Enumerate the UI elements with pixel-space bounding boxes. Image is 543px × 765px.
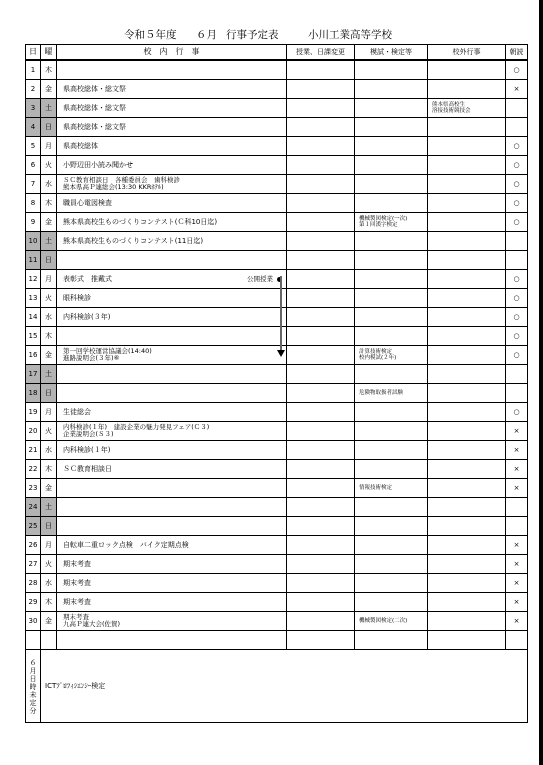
weekday: 月 xyxy=(41,137,57,156)
class-change xyxy=(287,118,355,137)
external-event xyxy=(428,441,506,460)
weekday: 木 xyxy=(41,460,57,479)
morning-reading-mark: × xyxy=(506,441,528,460)
table-row: 15木○ xyxy=(26,327,528,346)
day-number: 6 xyxy=(26,156,41,175)
morning-reading-mark xyxy=(506,251,528,270)
day-number: 3 xyxy=(26,99,41,118)
weekday: 金 xyxy=(41,346,57,365)
class-change xyxy=(287,232,355,251)
class-change xyxy=(287,460,355,479)
table-row: 30金期末考査 九高Ｐ連大会(佐賀)機械製図検定(二次)× xyxy=(26,612,528,631)
internal-event-text: 第一回学校運営協議会(14:40) 進路説明会(３年)⑥ xyxy=(63,348,286,362)
table-row: 18日危険物取扱者試験 xyxy=(26,384,528,403)
internal-event: ＳＣ教育相談日 各種委員会 歯科検診 熊本県高Ｐ連総会(13:30 KKRﾎﾃﾙ… xyxy=(57,175,287,194)
internal-event: 県高校総体 xyxy=(57,137,287,156)
class-change xyxy=(287,327,355,346)
table-row: 12月表彰式 推戴式公開授業○ xyxy=(26,270,528,289)
external-event xyxy=(428,270,506,289)
weekday: 金 xyxy=(41,612,57,631)
external-event xyxy=(428,574,506,593)
internal-event: 熊本県高校生ものづくりコンテスト(Ｃ科10日迄) xyxy=(57,213,287,232)
weekday: 火 xyxy=(41,555,57,574)
undecided-label-char: 時 xyxy=(26,683,40,691)
table-row: 27火期末考査× xyxy=(26,555,528,574)
exam-entry xyxy=(355,441,428,460)
morning-reading-mark xyxy=(506,232,528,251)
day-number: 2 xyxy=(26,80,41,99)
internal-event-text: 内科検診(１年) xyxy=(63,446,286,454)
external-event xyxy=(428,346,506,365)
internal-event-text: 生徒総会 xyxy=(63,408,286,416)
table-row: 20火内科検診(１年) 建設企業の魅力発見フェア(Ｃ３) 企業説明会(Ｓ３)× xyxy=(26,422,528,441)
internal-event: 熊本県高校生ものづくりコンテスト(11日迄) xyxy=(57,232,287,251)
morning-reading-mark: ○ xyxy=(506,403,528,422)
weekday: 水 xyxy=(41,308,57,327)
exam-entry xyxy=(355,175,428,194)
internal-event: 表彰式 推戴式公開授業 xyxy=(57,270,287,289)
day-number: 30 xyxy=(26,612,41,631)
table-row: 11日 xyxy=(26,251,528,270)
table-row: 22木ＳＣ教育相談日× xyxy=(26,460,528,479)
undecided-label-char: 日 xyxy=(26,675,40,683)
external-event xyxy=(428,137,506,156)
external-event xyxy=(428,289,506,308)
morning-reading-mark: ○ xyxy=(506,346,528,365)
table-row: 17土 xyxy=(26,365,528,384)
undecided-label: ６月日時未定分 xyxy=(26,650,41,723)
external-event xyxy=(428,403,506,422)
exam-entry xyxy=(355,80,428,99)
day-number: 13 xyxy=(26,289,41,308)
day-number: 10 xyxy=(26,232,41,251)
morning-reading-mark xyxy=(506,99,528,118)
weekday: 火 xyxy=(41,289,57,308)
table-row: 3土県高校総体・総文祭熊本県高校生 溶接技術競技会 xyxy=(26,99,528,118)
day-number: 15 xyxy=(26,327,41,346)
morning-reading-mark: × xyxy=(506,593,528,612)
external-event xyxy=(428,194,506,213)
table-row: 13火眼科検診○ xyxy=(26,289,528,308)
external-event xyxy=(428,555,506,574)
class-change xyxy=(287,213,355,232)
internal-event-text: 眼科検診 xyxy=(63,294,286,302)
exam-entry xyxy=(355,289,428,308)
undecided-label-char: 分 xyxy=(26,707,40,715)
weekday: 水 xyxy=(41,175,57,194)
undecided-items: ICTﾌﾟﾛﾌｨｼｴﾝｼｰ検定 xyxy=(41,650,528,723)
morning-reading-mark: × xyxy=(506,80,528,99)
day-number: 29 xyxy=(26,593,41,612)
internal-event-text: 期末考査 九高Ｐ連大会(佐賀) xyxy=(63,614,286,628)
external-event xyxy=(428,422,506,441)
day-number: 23 xyxy=(26,479,41,498)
table-row: 19月生徒総会○ xyxy=(26,403,528,422)
internal-event-text: 熊本県高校生ものづくりコンテスト(11日迄) xyxy=(63,237,286,245)
header-row: 日 曜 校 内 行 事 授業、日課変更 模試・検定等 校外行事 朝読 xyxy=(26,45,528,61)
exam-entry: 計算技術検定 校内模試(２年) xyxy=(355,346,428,365)
table-row: 21水内科検診(１年)× xyxy=(26,441,528,460)
class-change xyxy=(287,498,355,517)
exam-entry xyxy=(355,593,428,612)
internal-event: 期末考査 xyxy=(57,574,287,593)
internal-event: 職員心電図検査 xyxy=(57,194,287,213)
col-header-class-change: 授業、日課変更 xyxy=(287,45,355,61)
day-number: 17 xyxy=(26,365,41,384)
exam-entry: 機械製図検定(一次) 第１回漢字検定 xyxy=(355,213,428,232)
internal-event-text: 県高校総体 xyxy=(63,142,286,150)
col-header-external: 校外行事 xyxy=(428,45,506,61)
table-row: 10土熊本県高校生ものづくりコンテスト(11日迄) xyxy=(26,232,528,251)
morning-reading-mark: × xyxy=(506,422,528,441)
class-change xyxy=(287,99,355,118)
exam-entry xyxy=(355,536,428,555)
table-row: 26月自転車二重ロック点検 バイク定期点検× xyxy=(26,536,528,555)
internal-event-text: ＳＣ教育相談日 xyxy=(63,465,286,473)
internal-event: 第一回学校運営協議会(14:40) 進路説明会(３年)⑥ xyxy=(57,346,287,365)
day-number: 28 xyxy=(26,574,41,593)
exam-entry xyxy=(355,574,428,593)
day-number: 5 xyxy=(26,137,41,156)
exam-entry xyxy=(355,270,428,289)
morning-reading-mark xyxy=(506,384,528,403)
day-number: 20 xyxy=(26,422,41,441)
weekday: 日 xyxy=(41,118,57,137)
col-header-internal: 校 内 行 事 xyxy=(57,45,287,61)
day-number: 25 xyxy=(26,517,41,536)
internal-event-text: 小野辺田小読み聞かせ xyxy=(63,161,286,169)
internal-event xyxy=(57,479,287,498)
external-event xyxy=(428,517,506,536)
table-row: 8木職員心電図検査○ xyxy=(26,194,528,213)
undecided-label-char: 月 xyxy=(26,667,40,675)
weekday: 火 xyxy=(41,422,57,441)
morning-reading-mark: × xyxy=(506,460,528,479)
class-change xyxy=(287,251,355,270)
exam-entry xyxy=(355,118,428,137)
internal-event-text: 自転車二重ロック点検 バイク定期点検 xyxy=(63,541,286,549)
internal-event: 生徒総会 xyxy=(57,403,287,422)
col-header-exams: 模試・検定等 xyxy=(355,45,428,61)
class-change xyxy=(287,631,355,650)
internal-event: 眼科検診 xyxy=(57,289,287,308)
class-change xyxy=(287,194,355,213)
class-change xyxy=(287,365,355,384)
external-event xyxy=(428,308,506,327)
table-row: 23金情報技術検定× xyxy=(26,479,528,498)
internal-event xyxy=(57,517,287,536)
exam-entry xyxy=(355,631,428,650)
day-number: 11 xyxy=(26,251,41,270)
internal-event-text: 期末考査 xyxy=(63,560,286,568)
internal-event xyxy=(57,365,287,384)
col-header-day: 日 xyxy=(26,45,41,61)
external-event xyxy=(428,118,506,137)
day-number: 7 xyxy=(26,175,41,194)
internal-event-text: 内科検診(３年) xyxy=(63,313,286,321)
undecided-label-char: ６ xyxy=(26,659,40,667)
weekday: 月 xyxy=(41,270,57,289)
external-event xyxy=(428,365,506,384)
undecided-row: ６月日時未定分 ICTﾌﾟﾛﾌｨｼｴﾝｼｰ検定 xyxy=(26,650,528,723)
table-row: 2金県高校総体・総文祭× xyxy=(26,80,528,99)
exam-entry xyxy=(355,460,428,479)
external-event xyxy=(428,479,506,498)
exam-entry xyxy=(355,498,428,517)
exam-entry xyxy=(355,156,428,175)
weekday: 土 xyxy=(41,498,57,517)
exam-entry xyxy=(355,327,428,346)
internal-event-text: 熊本県高校生ものづくりコンテスト(Ｃ科10日迄) xyxy=(63,218,286,226)
day-number: 14 xyxy=(26,308,41,327)
class-change xyxy=(287,384,355,403)
class-change xyxy=(287,441,355,460)
morning-reading-mark xyxy=(506,498,528,517)
class-change xyxy=(287,346,355,365)
table-row: 7水ＳＣ教育相談日 各種委員会 歯科検診 熊本県高Ｐ連総会(13:30 KKRﾎ… xyxy=(26,175,528,194)
internal-event: 内科検診(１年) 建設企業の魅力発見フェア(Ｃ３) 企業説明会(Ｓ３) xyxy=(57,422,287,441)
internal-event-text: 期末考査 xyxy=(63,579,286,587)
external-event xyxy=(428,232,506,251)
internal-event: 内科検診(１年) xyxy=(57,441,287,460)
exam-entry xyxy=(355,403,428,422)
class-change xyxy=(287,612,355,631)
morning-reading-mark: × xyxy=(506,479,528,498)
exam-entry xyxy=(355,517,428,536)
title-school: 小川工業高等学校 xyxy=(308,27,392,42)
morning-reading-mark: ○ xyxy=(506,137,528,156)
class-change xyxy=(287,175,355,194)
external-event xyxy=(428,593,506,612)
class-change xyxy=(287,574,355,593)
internal-event: 小野辺田小読み聞かせ xyxy=(57,156,287,175)
morning-reading-mark: ○ xyxy=(506,194,528,213)
external-event xyxy=(428,80,506,99)
internal-event xyxy=(57,498,287,517)
public-class-arrow-line xyxy=(280,276,282,354)
internal-event-text: ＳＣ教育相談日 各種委員会 歯科検診 熊本県高Ｐ連総会(13:30 KKRﾎﾃﾙ… xyxy=(63,177,286,191)
internal-event: 期末考査 xyxy=(57,555,287,574)
internal-event xyxy=(57,631,287,650)
external-event xyxy=(428,498,506,517)
col-header-morning-reading: 朝読 xyxy=(506,45,528,61)
table-row: 28水期末考査× xyxy=(26,574,528,593)
weekday: 日 xyxy=(41,251,57,270)
col-header-weekday: 曜 xyxy=(41,45,57,61)
table-row: 24土 xyxy=(26,498,528,517)
external-event xyxy=(428,156,506,175)
day-number: 12 xyxy=(26,270,41,289)
undecided-label-char: 定 xyxy=(26,699,40,707)
table-row: 5月県高校総体○ xyxy=(26,137,528,156)
morning-reading-mark xyxy=(506,365,528,384)
weekday: 木 xyxy=(41,327,57,346)
title-month: ６月 xyxy=(196,27,217,42)
exam-entry: 情報技術検定 xyxy=(355,479,428,498)
exam-entry xyxy=(355,251,428,270)
class-change xyxy=(287,403,355,422)
internal-event-text: 職員心電図検査 xyxy=(63,199,286,207)
internal-event-text: 県高校総体・総文祭 xyxy=(63,85,286,93)
external-event xyxy=(428,612,506,631)
class-change xyxy=(287,137,355,156)
day-number: 19 xyxy=(26,403,41,422)
weekday: 月 xyxy=(41,403,57,422)
internal-event: 県高校総体・総文祭 xyxy=(57,118,287,137)
exam-entry xyxy=(355,60,428,80)
weekday: 土 xyxy=(41,99,57,118)
day-number: 22 xyxy=(26,460,41,479)
exam-entry xyxy=(355,422,428,441)
table-row: 4日県高校総体・総文祭 xyxy=(26,118,528,137)
exam-entry xyxy=(355,99,428,118)
weekday: 金 xyxy=(41,80,57,99)
day-number: 27 xyxy=(26,555,41,574)
exam-entry xyxy=(355,194,428,213)
weekday: 水 xyxy=(41,574,57,593)
internal-event: 県高校総体・総文祭 xyxy=(57,80,287,99)
class-change xyxy=(287,270,355,289)
internal-event xyxy=(57,251,287,270)
external-event xyxy=(428,175,506,194)
weekday xyxy=(41,631,57,650)
day-number: 16 xyxy=(26,346,41,365)
class-change xyxy=(287,593,355,612)
class-change xyxy=(287,60,355,80)
weekday: 土 xyxy=(41,365,57,384)
class-change xyxy=(287,536,355,555)
external-event xyxy=(428,631,506,650)
internal-event: 自転車二重ロック点検 バイク定期点検 xyxy=(57,536,287,555)
exam-entry xyxy=(355,555,428,574)
class-change xyxy=(287,479,355,498)
weekday: 火 xyxy=(41,156,57,175)
external-event xyxy=(428,384,506,403)
morning-reading-mark xyxy=(506,517,528,536)
external-event xyxy=(428,327,506,346)
class-change xyxy=(287,156,355,175)
morning-reading-mark: ○ xyxy=(506,270,528,289)
external-event xyxy=(428,460,506,479)
weekday: 金 xyxy=(41,213,57,232)
morning-reading-mark: ○ xyxy=(506,327,528,346)
external-event xyxy=(428,536,506,555)
internal-event: 期末考査 九高Ｐ連大会(佐賀) xyxy=(57,612,287,631)
weekday: 木 xyxy=(41,60,57,80)
external-event xyxy=(428,251,506,270)
morning-reading-mark: ○ xyxy=(506,60,528,80)
morning-reading-mark: × xyxy=(506,536,528,555)
undecided-label-char: 未 xyxy=(26,691,40,699)
morning-reading-mark: ○ xyxy=(506,289,528,308)
table-row: 9金熊本県高校生ものづくりコンテスト(Ｃ科10日迄)機械製図検定(一次) 第１回… xyxy=(26,213,528,232)
exam-entry xyxy=(355,232,428,251)
page-title: 令和５年度 ６月 行事予定表 小川工業高等学校 xyxy=(0,27,543,41)
day-number: 4 xyxy=(26,118,41,137)
external-event: 熊本県高校生 溶接技術競技会 xyxy=(428,99,506,118)
morning-reading-mark: × xyxy=(506,612,528,631)
class-change xyxy=(287,308,355,327)
public-class-marker: 公開授業 xyxy=(247,275,282,283)
day-number: 9 xyxy=(26,213,41,232)
day-number: 8 xyxy=(26,194,41,213)
weekday: 水 xyxy=(41,441,57,460)
morning-reading-mark xyxy=(506,118,528,137)
table-row: 1木○ xyxy=(26,60,528,80)
internal-event: 県高校総体・総文祭 xyxy=(57,99,287,118)
exam-entry xyxy=(355,137,428,156)
weekday: 日 xyxy=(41,384,57,403)
table-row: 29木期末考査× xyxy=(26,593,528,612)
table-row xyxy=(26,631,528,650)
internal-event xyxy=(57,327,287,346)
internal-event: ＳＣ教育相談日 xyxy=(57,460,287,479)
exam-entry xyxy=(355,308,428,327)
day-number: 18 xyxy=(26,384,41,403)
internal-event-text: 県高校総体・総文祭 xyxy=(63,123,286,131)
class-change xyxy=(287,517,355,536)
internal-event-text: 県高校総体・総文祭 xyxy=(63,104,286,112)
schedule-table: 日 曜 校 内 行 事 授業、日課変更 模試・検定等 校外行事 朝読 1木○2金… xyxy=(25,44,528,723)
exam-entry: 機械製図検定(二次) xyxy=(355,612,428,631)
class-change xyxy=(287,80,355,99)
class-change xyxy=(287,422,355,441)
weekday: 木 xyxy=(41,593,57,612)
morning-reading-mark: ○ xyxy=(506,175,528,194)
day-number: 26 xyxy=(26,536,41,555)
day-number: 24 xyxy=(26,498,41,517)
class-change xyxy=(287,289,355,308)
title-doc-name: 行事予定表 xyxy=(226,27,279,42)
table-row: 25日 xyxy=(26,517,528,536)
morning-reading-mark: ○ xyxy=(506,156,528,175)
weekday: 月 xyxy=(41,536,57,555)
weekday: 金 xyxy=(41,479,57,498)
morning-reading-mark: × xyxy=(506,555,528,574)
title-fiscal-year: 令和５年度 xyxy=(124,27,177,42)
day-number: 21 xyxy=(26,441,41,460)
arrow-down-icon xyxy=(277,350,285,357)
internal-event xyxy=(57,60,287,80)
morning-reading-mark xyxy=(506,631,528,650)
morning-reading-mark: ○ xyxy=(506,308,528,327)
exam-entry xyxy=(355,365,428,384)
external-event xyxy=(428,213,506,232)
table-row: 14水内科検診(３年)○ xyxy=(26,308,528,327)
internal-event-text: 期末考査 xyxy=(63,598,286,606)
class-change xyxy=(287,555,355,574)
morning-reading-mark: × xyxy=(506,574,528,593)
weekday: 木 xyxy=(41,194,57,213)
internal-event: 内科検診(３年) xyxy=(57,308,287,327)
public-class-label: 公開授業 xyxy=(247,275,273,283)
exam-entry: 危険物取扱者試験 xyxy=(355,384,428,403)
internal-event-text: 内科検診(１年) 建設企業の魅力発見フェア(Ｃ３) 企業説明会(Ｓ３) xyxy=(63,424,286,438)
page-edge-bar xyxy=(539,0,543,765)
weekday: 土 xyxy=(41,232,57,251)
day-number xyxy=(26,631,41,650)
internal-event xyxy=(57,384,287,403)
external-event xyxy=(428,60,506,80)
internal-event: 期末考査 xyxy=(57,593,287,612)
morning-reading-mark: ○ xyxy=(506,213,528,232)
day-number: 1 xyxy=(26,60,41,80)
weekday: 日 xyxy=(41,517,57,536)
table-row: 6火小野辺田小読み聞かせ○ xyxy=(26,156,528,175)
